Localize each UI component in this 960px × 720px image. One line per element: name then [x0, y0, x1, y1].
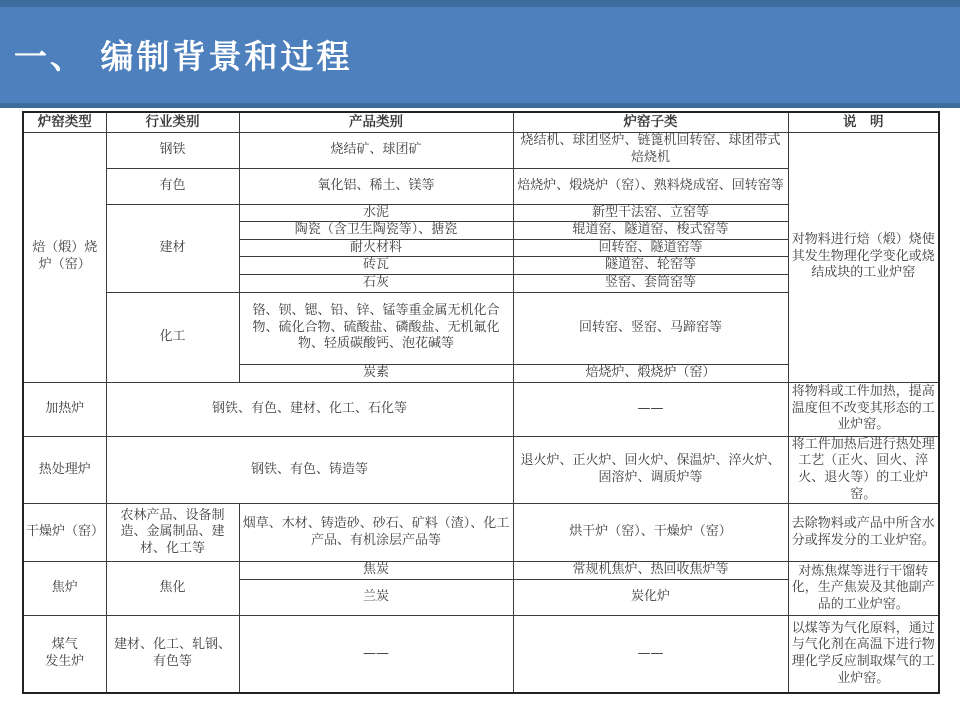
cell-drying-industry: 农林产品、设备制 造、金属制品、建 材、化工等 [106, 504, 239, 562]
table-row: 热处理炉 钢铁、有色、铸造等 退火炉、正火炉、回火炉、保温炉、淬火炉、固溶炉、调… [23, 436, 939, 504]
column-header-description: 说 明 [788, 112, 939, 132]
table-row: 焦炉 焦化 焦炭 常规机焦炉、热回收焦炉等 对炼焦煤等进行干馏转化，生产焦炭及其… [23, 562, 939, 580]
cell-coke-industry: 焦化 [106, 562, 239, 616]
cell-gas-subtype: —— [513, 615, 788, 693]
table-row: 干燥炉（窑） 农林产品、设备制 造、金属制品、建 材、化工等 烟草、木材、铸造砂… [23, 504, 939, 562]
column-header-product: 产品类别 [239, 112, 513, 132]
cell-ceramic-subtype: 辊道窑、隧道窑、梭式窑等 [513, 222, 788, 240]
cell-gas-description: 以煤等为气化原料，通过与气化剂在高温下进行物理化学反应制取煤气的工业炉窑。 [788, 615, 939, 693]
table-row: 焙（煅）烧 炉（窑） 钢铁 烧结矿、球团矿 烧结机、球团竖炉、链篦机回转窑、球团… [23, 132, 939, 168]
cell-coke-subtype: 常规机焦炉、热回收焦炉等 [513, 562, 788, 580]
slide-title-bar: 一、 编制背景和过程 [0, 0, 960, 108]
cell-semicoke-product: 兰炭 [239, 579, 513, 615]
cell-drying-subtype: 烘干炉（窑）、干燥炉（窑） [513, 504, 788, 562]
column-header-subtype: 炉窑子类 [513, 112, 788, 132]
cell-coke-product: 焦炭 [239, 562, 513, 580]
cell-heat-treatment-subtype: 退火炉、正火炉、回火炉、保温炉、淬火炉、固溶炉、调质炉等 [513, 436, 788, 504]
cell-roasting-furnace-type: 焙（煅）烧 炉（窑） [23, 132, 106, 382]
cell-steel-product: 烧结矿、球团矿 [239, 132, 513, 168]
furnace-classification-table: 炉窑类型 行业类别 产品类别 炉窑子类 说 明 焙（煅）烧 炉（窑） 钢铁 烧结… [22, 111, 940, 694]
cell-ceramic-product: 陶瓷（含卫生陶瓷等）、搪瓷 [239, 222, 513, 240]
cell-lime-subtype: 竖窑、套筒窑等 [513, 275, 788, 293]
table-row: 加热炉 钢铁、有色、建材、化工、石化等 —— 将物料或工件加热，提高温度但不改变… [23, 382, 939, 436]
cell-roasting-description: 对物料进行焙（煅）烧使其发生物理化学变化或烧结成块的工业炉窑 [788, 132, 939, 382]
cell-gas-industry: 建材、化工、轧钢、 有色等 [106, 615, 239, 693]
cell-coke-furnace-type: 焦炉 [23, 562, 106, 616]
cell-chemical-subtype: 回转窑、竖窑、马蹄窑等 [513, 292, 788, 364]
cell-chemical-product: 铬、钡、锶、铅、锌、锰等重金属无机化合物、硫化合物、硫酸盐、磷酸盐、无机氟化物、… [239, 292, 513, 364]
cell-gas-furnace-type: 煤气 发生炉 [23, 615, 106, 693]
cell-steel-industry: 钢铁 [106, 132, 239, 168]
cell-chemical-industry: 化工 [106, 292, 239, 382]
page-title: 一、 编制背景和过程 [14, 31, 353, 78]
header-row: 炉窑类型 行业类别 产品类别 炉窑子类 说 明 [23, 112, 939, 132]
cell-drying-description: 去除物料或产品中所含水分或挥发分的工业炉窑。 [788, 504, 939, 562]
cell-heat-treatment-industry: 钢铁、有色、铸造等 [106, 436, 513, 504]
cell-nonferrous-industry: 有色 [106, 168, 239, 204]
cell-heat-treatment-description: 将工件加热后进行热处理工艺（正火、回火、淬火、退火等）的工业炉窑。 [788, 436, 939, 504]
cell-heating-description: 将物料或工件加热，提高温度但不改变其形态的工业炉窑。 [788, 382, 939, 436]
cell-coke-description: 对炼焦煤等进行干馏转化，生产焦炭及其他副产品的工业炉窑。 [788, 562, 939, 616]
cell-cement-product: 水泥 [239, 204, 513, 222]
cell-drying-product: 烟草、木材、铸造砂、砂石、矿料（渣）、化工产品、有机涂层产品等 [239, 504, 513, 562]
cell-brick-product: 砖瓦 [239, 257, 513, 275]
cell-refractory-product: 耐火材料 [239, 239, 513, 257]
cell-heating-furnace-type: 加热炉 [23, 382, 106, 436]
cell-refractory-subtype: 回转窑、隧道窑等 [513, 239, 788, 257]
cell-drying-furnace-type: 干燥炉（窑） [23, 504, 106, 562]
table-row: 煤气 发生炉 建材、化工、轧钢、 有色等 —— —— 以煤等为气化原料，通过与气… [23, 615, 939, 693]
cell-heating-subtype: —— [513, 382, 788, 436]
cell-building-industry: 建材 [106, 204, 239, 292]
cell-heat-treatment-furnace-type: 热处理炉 [23, 436, 106, 504]
cell-carbon-product: 炭素 [239, 364, 513, 382]
column-header-furnace-type: 炉窑类型 [23, 112, 106, 132]
cell-semicoke-subtype: 炭化炉 [513, 579, 788, 615]
cell-nonferrous-product: 氧化铝、稀土、镁等 [239, 168, 513, 204]
cell-lime-product: 石灰 [239, 275, 513, 293]
cell-nonferrous-subtype: 焙烧炉、煅烧炉（窑）、熟料烧成窑、回转窑等 [513, 168, 788, 204]
column-header-industry: 行业类别 [106, 112, 239, 132]
cell-carbon-subtype: 焙烧炉、煅烧炉（窑） [513, 364, 788, 382]
furnace-classification-table-wrap: 炉窑类型 行业类别 产品类别 炉窑子类 说 明 焙（煅）烧 炉（窑） 钢铁 烧结… [22, 111, 940, 694]
cell-steel-subtype: 烧结机、球团竖炉、链篦机回转窑、球团带式焙烧机 [513, 132, 788, 168]
cell-cement-subtype: 新型干法窑、立窑等 [513, 204, 788, 222]
cell-heating-industry: 钢铁、有色、建材、化工、石化等 [106, 382, 513, 436]
cell-brick-subtype: 隧道窑、轮窑等 [513, 257, 788, 275]
cell-gas-product: —— [239, 615, 513, 693]
